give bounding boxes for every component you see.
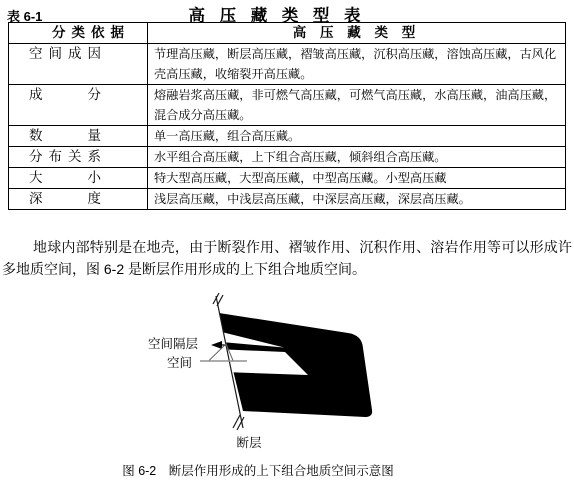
row-content: 熔融岩浆高压藏，非可燃气高压藏，可燃气高压藏，水高压藏，油高压藏，混合成分高压藏… — [148, 85, 566, 126]
document-page: 表 6-1 高 压 藏 类 型 表 分类依据 高 压 藏 类 型 空间成因 节理… — [0, 0, 574, 488]
figure-6-2-diagram: 空间隔层 空间 断层 — [130, 290, 420, 460]
pressure-reservoir-type-table: 分类依据 高 压 藏 类 型 空间成因 节理高压藏，断层高压藏，褶皱高压藏，沉积… — [8, 22, 566, 210]
table-row: 大小 特大型高压藏，大型高压藏，中型高压藏。小型高压藏 — [9, 168, 566, 189]
table-header-row: 分类依据 高 压 藏 类 型 — [9, 23, 566, 44]
interlayer-label: 空间隔层 — [148, 336, 199, 351]
table-row: 成分 熔融岩浆高压藏，非可燃气高压藏，可燃气高压藏，水高压藏，油高压藏，混合成分… — [9, 85, 566, 126]
row-content: 节理高压藏，断层高压藏，褶皱高压藏，沉积高压藏，溶蚀高压藏，古风化壳高压藏，收缩… — [148, 44, 566, 85]
row-content: 浅层高压藏，中浅层高压藏，中深层高压藏，深层高压藏。 — [148, 189, 566, 210]
table-row: 数量 单一高压藏，组合高压藏。 — [9, 126, 566, 147]
body-paragraph: 地球内部特别是在地壳，由于断裂作用、褶皱作用、沉积作用、溶岩作用等可以形成许多地… — [2, 236, 572, 280]
fault-tick-top — [213, 293, 219, 304]
figure-caption: 图 6-2 断层作用形成的上下组合地质空间示意图 — [0, 461, 516, 479]
row-label: 成分 — [9, 85, 148, 126]
row-content: 单一高压藏，组合高压藏。 — [148, 126, 566, 147]
row-label: 大小 — [9, 168, 148, 189]
interlayer-arrowhead — [211, 341, 222, 349]
row-label: 空间成因 — [9, 44, 148, 85]
space-label: 空间 — [167, 355, 192, 370]
table-row: 深度 浅层高压藏，中浅层高压藏，中深层高压藏，深层高压藏。 — [9, 189, 566, 210]
table-row: 空间成因 节理高压藏，断层高压藏，褶皱高压藏，沉积高压藏，溶蚀高压藏，古风化壳高… — [9, 44, 566, 85]
row-label: 分布关系 — [9, 147, 148, 168]
header-type: 高 压 藏 类 型 — [148, 23, 566, 44]
fault-label: 断层 — [236, 435, 262, 450]
row-content: 特大型高压藏，大型高压藏，中型高压藏。小型高压藏 — [148, 168, 566, 189]
fault-tick-top — [217, 295, 223, 306]
row-content: 水平组合高压藏，上下组合高压藏，倾斜组合高压藏。 — [148, 147, 566, 168]
header-classification-basis: 分类依据 — [9, 23, 148, 44]
row-label: 深度 — [9, 189, 148, 210]
row-label: 数量 — [9, 126, 148, 147]
table-row: 分布关系 水平组合高压藏，上下组合高压藏，倾斜组合高压藏。 — [9, 147, 566, 168]
